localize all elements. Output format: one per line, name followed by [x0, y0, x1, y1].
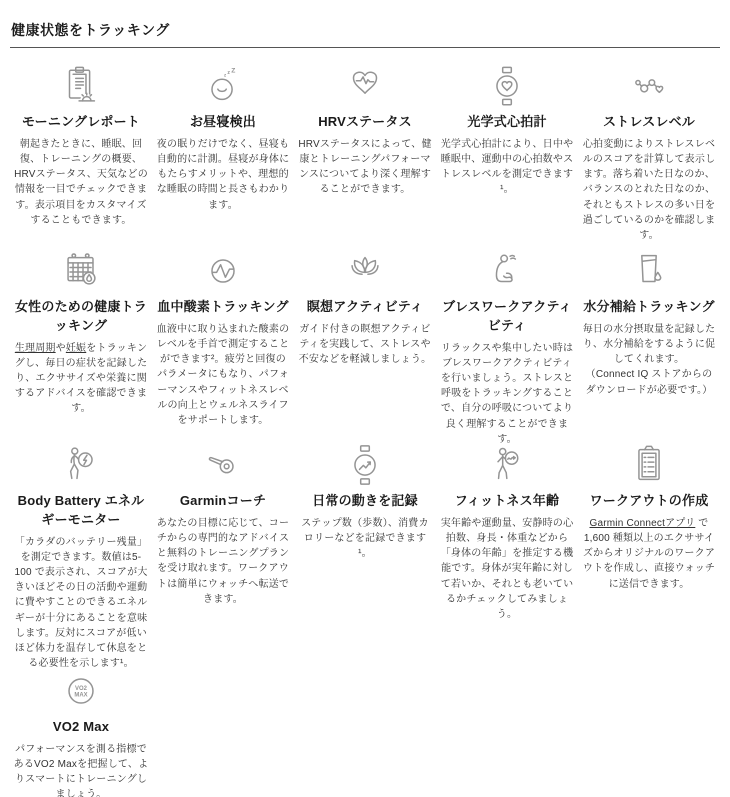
svg-text:VO2: VO2 — [75, 686, 88, 692]
description-text: 「カラダのバッテリー残量」を測定できます。数値は5-100 で表示され、スコアが… — [14, 537, 147, 670]
heart-hrv-icon — [297, 63, 433, 109]
nap-clock-icon: zzZ — [155, 63, 291, 109]
section-title: 健康状態をトラッキング — [10, 20, 720, 48]
feature-card: ストレスレベル 心拍変動によりストレスレベルのスコアを計算して表示します。落ち着… — [578, 63, 720, 248]
feature-title: お昼寝検出 — [155, 113, 291, 132]
feature-title: VO2 Max — [13, 718, 149, 737]
workout-clipboard-icon — [581, 442, 717, 488]
feature-card: zzZ お昼寝検出 夜の眠りだけでなく、昼寝も自動的に計測。昼寝が身体にもたらす… — [152, 63, 294, 248]
feature-description: 血液中に取り込まれた酸素のレベルを手首で測定することができます²。疲労と回復のパ… — [155, 322, 291, 428]
feature-description: 生理周期や妊娠をトラッキングし、毎日の症状を記録したり、エクササイズや栄養に関す… — [13, 341, 149, 417]
clipboard-sunrise-icon — [13, 63, 149, 109]
water-glass-droplet-icon — [581, 248, 717, 294]
feature-description: 実年齢や運動量、安静時の心拍数、身長・体重などから「身体の年齢」を推定する機能で… — [439, 516, 575, 622]
description-text: ガイド付きの瞑想アクティビティを実践して、ストレスや不安などを軽減しましょう。 — [299, 324, 432, 365]
feature-description: リラックスや集中したい時はブレスワークアクティビティを行いましょう。ストレスと呼… — [439, 341, 575, 447]
feature-description: 光学式心拍計により、日中や睡眠中、運動中の心拍数やストレスレベルを測定できます¹… — [439, 137, 575, 198]
feature-card: 女性のための健康トラッキング 生理周期や妊娠をトラッキングし、毎日の症状を記録し… — [10, 248, 152, 442]
inline-link[interactable]: Garmin Connectアプリ — [590, 518, 696, 529]
feature-title: 光学式心拍計 — [439, 113, 575, 132]
feature-description: あなたの目標に応じて、コーチからの専門的なアドバイスと無料のトレーニングプランを… — [155, 516, 291, 607]
feature-title: 瞑想アクティビティ — [297, 298, 433, 317]
description-text: 毎日の水分摂取量を記録したり、水分補給をするように促してくれます。 （Conne… — [583, 324, 716, 396]
feature-description: パフォーマンスを測る指標であるVO2 Maxを把握して、よりスマートにトレーニン… — [13, 742, 149, 797]
feature-card: 血中酸素トラッキング 血液中に取り込まれた酸素のレベルを手首で測定することができ… — [152, 248, 294, 442]
svg-text:Z: Z — [231, 68, 235, 75]
description-text: 光学式心拍計により、日中や睡眠中、運動中の心拍数やストレスレベルを測定できます¹… — [441, 139, 574, 196]
feature-description: 心拍変動によりストレスレベルのスコアを計算して表示します。落ち着いた日なのか、バ… — [581, 137, 717, 243]
body-battery-icon — [13, 442, 149, 488]
breathwork-person-icon — [439, 248, 575, 294]
description-text: リラックスや集中したい時はブレスワークアクティビティを行いましょう。ストレスと呼… — [441, 343, 573, 445]
feature-description: 「カラダのバッテリー残量」を測定できます。数値は5-100 で表示され、スコアが… — [13, 535, 149, 672]
feature-description: HRVステータスによって、健康とトレーニングパフォーマンスについてより深く理解す… — [297, 137, 433, 198]
feature-title: モーニングレポート — [13, 113, 149, 132]
lotus-icon — [297, 248, 433, 294]
features-grid: モーニングレポート 朝起きたときに、睡眠、回復、トレーニングの概要、HRVステー… — [10, 63, 720, 797]
feature-title: ワークアウトの作成 — [581, 492, 717, 511]
feature-description: 夜の眠りだけでなく、昼寝も自動的に計測。昼寝が身体にもたらすメリットや、理想的な… — [155, 137, 291, 213]
feature-title: 血中酸素トラッキング — [155, 298, 291, 317]
feature-card: VO2MAX VO2 Max パフォーマンスを測る指標であるVO2 Maxを把握… — [10, 668, 152, 797]
feature-card: ブレスワークアクティビティ リラックスや集中したい時はブレスワークアクティビティ… — [436, 248, 578, 442]
health-tracking-section: 健康状態をトラッキング モーニングレポート 朝起きたときに、睡眠、回復、トレーニ… — [0, 0, 730, 797]
feature-title: ストレスレベル — [581, 113, 717, 132]
feature-card: モーニングレポート 朝起きたときに、睡眠、回復、トレーニングの概要、HRVステー… — [10, 63, 152, 248]
description-text: 実年齢や運動量、安静時の心拍数、身長・体重などから「身体の年齢」を推定する機能で… — [441, 518, 574, 620]
feature-title: フィットネス年齢 — [439, 492, 575, 511]
inline-link[interactable]: 妊娠 — [66, 343, 86, 354]
fitness-age-person-icon — [439, 442, 575, 488]
feature-card: Garminコーチ あなたの目標に応じて、コーチからの専門的なアドバイスと無料の… — [152, 442, 294, 668]
feature-title: 水分補給トラッキング — [581, 298, 717, 317]
feature-title: Garminコーチ — [155, 492, 291, 511]
feature-title: 女性のための健康トラッキング — [13, 298, 149, 336]
description-text: パフォーマンスを測る指標であるVO2 Maxを把握して、よりスマートにトレーニン… — [14, 744, 149, 797]
svg-text:z: z — [227, 70, 230, 76]
description-text: や — [56, 343, 66, 354]
feature-description: 朝起きたときに、睡眠、回復、トレーニングの概要、HRVステータス、天気などの情報… — [13, 137, 149, 228]
description-text: あなたの目標に応じて、コーチからの専門的なアドバイスと無料のトレーニングプランを… — [157, 518, 289, 605]
description-text: 夜の眠りだけでなく、昼寝も自動的に計測。昼寝が身体にもたらすメリットや、理想的な… — [157, 139, 290, 211]
feature-title: 日常の動きを記録 — [297, 492, 433, 511]
svg-text:z: z — [224, 72, 226, 77]
watch-trend-icon — [297, 442, 433, 488]
feature-description: ステップ数（歩数）、消費カロリーなどを記録できます¹。 — [297, 516, 433, 562]
feature-title: HRVステータス — [297, 113, 433, 132]
inline-link[interactable]: 生理周期 — [15, 343, 56, 354]
pulse-ox-circle-icon — [155, 248, 291, 294]
calendar-droplet-icon — [13, 248, 149, 294]
feature-card: フィットネス年齢 実年齢や運動量、安静時の心拍数、身長・体重などから「身体の年齢… — [436, 442, 578, 668]
vo2max-badge-icon: VO2MAX — [13, 668, 149, 714]
feature-title: Body Battery エネルギーモニター — [13, 492, 149, 530]
description-text: 朝起きたときに、睡眠、回復、トレーニングの概要、HRVステータス、天気などの情報… — [14, 139, 148, 226]
feature-description: 毎日の水分摂取量を記録したり、水分補給をするように促してくれます。 （Conne… — [581, 322, 717, 398]
feature-card: Body Battery エネルギーモニター 「カラダのバッテリー残量」を測定で… — [10, 442, 152, 668]
feature-card: 光学式心拍計 光学式心拍計により、日中や睡眠中、運動中の心拍数やストレスレベルを… — [436, 63, 578, 248]
feature-description: Garmin Connectアプリ で 1,600 種類以上のエクササイズからオ… — [581, 516, 717, 592]
description-text: 心拍変動によりストレスレベルのスコアを計算して表示します。落ち着いた日なのか、バ… — [583, 139, 716, 241]
feature-card: 瞑想アクティビティ ガイド付きの瞑想アクティビティを実践して、ストレスや不安など… — [294, 248, 436, 442]
feature-card: 水分補給トラッキング 毎日の水分摂取量を記録したり、水分補給をするように促してく… — [578, 248, 720, 442]
whistle-icon — [155, 442, 291, 488]
watch-heart-icon — [439, 63, 575, 109]
feature-card: 日常の動きを記録 ステップ数（歩数）、消費カロリーなどを記録できます¹。 — [294, 442, 436, 668]
feature-title: ブレスワークアクティビティ — [439, 298, 575, 336]
feature-card: HRVステータス HRVステータスによって、健康とトレーニングパフォーマンスにつ… — [294, 63, 436, 248]
description-text: ステップ数（歩数）、消費カロリーなどを記録できます¹。 — [301, 518, 428, 559]
stress-chain-heart-icon — [581, 63, 717, 109]
feature-card: ワークアウトの作成 Garmin Connectアプリ で 1,600 種類以上… — [578, 442, 720, 668]
description-text: HRVステータスによって、健康とトレーニングパフォーマンスについてより深く理解す… — [298, 139, 431, 196]
feature-description: ガイド付きの瞑想アクティビティを実践して、ストレスや不安などを軽減しましょう。 — [297, 322, 433, 368]
description-text: 血液中に取り込まれた酸素のレベルを手首で測定することができます²。疲労と回復のパ… — [157, 324, 290, 426]
svg-text:MAX: MAX — [74, 692, 87, 698]
